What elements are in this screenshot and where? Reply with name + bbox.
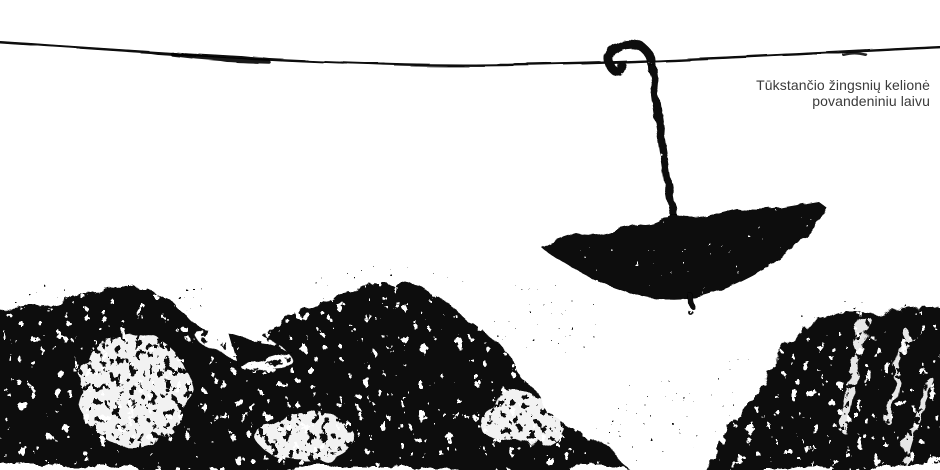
rope-line <box>0 42 940 65</box>
ridge-dust-left <box>0 281 220 315</box>
umbrella-hook-handle <box>610 44 652 72</box>
rope-knot <box>844 54 866 56</box>
caption: Tūkstančio žingsnių kelionė povandeniniu… <box>756 78 930 109</box>
ridge-dust-right <box>778 296 938 324</box>
umbrella-canopy <box>541 201 827 300</box>
umbrella-ferrule-tip <box>689 311 694 316</box>
snowfield-patch <box>78 332 188 448</box>
mid-slope-patch <box>478 394 562 446</box>
valley-dust-right <box>706 356 778 448</box>
umbrella-shaft <box>652 68 674 218</box>
valley-dust-floor <box>592 378 708 462</box>
illustration <box>0 0 940 470</box>
valley-dust-under-umbrella <box>490 278 606 358</box>
caption-line-1: Tūkstančio žingsnių kelionė <box>756 78 930 94</box>
artwork-canvas: Tūkstančio žingsnių kelionė povandeniniu… <box>0 0 940 470</box>
mountains-silhouette <box>0 266 940 470</box>
ridge-dust-center <box>305 266 465 306</box>
rope-path <box>0 42 940 65</box>
caption-line-2: povandeniniu laivu <box>756 94 930 110</box>
lower-left-patch <box>257 413 353 461</box>
